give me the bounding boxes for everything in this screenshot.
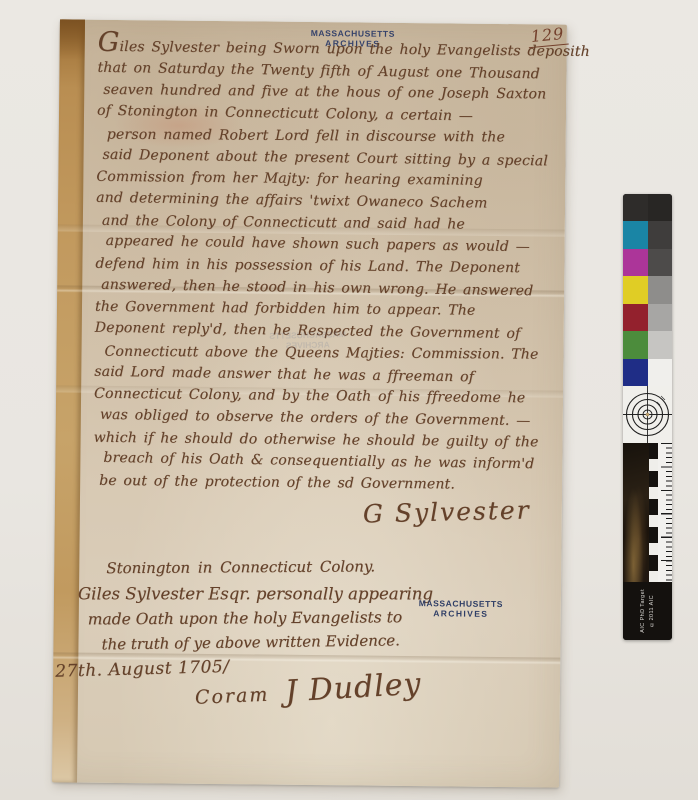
color-patch — [623, 276, 648, 303]
ruler-ticks — [658, 443, 672, 582]
target-copyright-text: ©2011 AIC — [649, 595, 656, 627]
bullseye-icon — [623, 386, 672, 443]
color-patch — [648, 304, 673, 331]
target-label-block: AIC PhD Target ©2011 AIC — [623, 582, 672, 640]
color-patch — [648, 359, 673, 386]
color-patch — [623, 221, 648, 248]
aic-phd-target: AIC PhD Target ©2011 AIC — [623, 194, 672, 640]
archives-stamp-bottom: MASSACHUSETTS ARCHIVES — [406, 598, 516, 619]
color-patch — [623, 249, 648, 276]
deposition-text: Giles Sylvester being Sworn upon the hol… — [93, 32, 564, 498]
photo-background: 129 MASSACHUSETTS ARCHIVES Giles Sylvest… — [0, 0, 698, 800]
signature-g-sylvester: G Sylvester — [363, 495, 531, 528]
scale-section — [623, 443, 672, 582]
stamp-showthrough: MASSACHUSETTS ARCHIVES — [252, 329, 362, 352]
stamp-line: MASSACHUSETTS — [406, 598, 516, 609]
signature-j-dudley: J Dudley — [284, 666, 422, 709]
attestation-line: made Oath upon the holy Evangelists to — [88, 608, 403, 628]
color-patch — [623, 359, 648, 386]
attestation-line: Stonington in Connecticut Colony. — [106, 557, 375, 577]
checker-column — [649, 443, 658, 582]
color-patch — [648, 249, 673, 276]
color-patch — [648, 194, 673, 221]
date-line: 27th. August 1705/ — [55, 657, 230, 682]
manuscript-page: 129 MASSACHUSETTS ARCHIVES Giles Sylvest… — [52, 19, 567, 787]
resolution-target — [623, 386, 672, 443]
color-patch — [623, 304, 648, 331]
color-patch — [648, 331, 673, 358]
color-patch — [648, 221, 673, 248]
color-patches — [623, 194, 672, 386]
color-patch — [648, 276, 673, 303]
color-patch — [623, 194, 648, 221]
gloss-strip — [623, 443, 649, 582]
coram-label: Coram — [195, 684, 270, 709]
attestation-line: Giles Sylvester Esqr. personally appeari… — [78, 584, 433, 603]
attestation-line: the truth of ye above written Evidence. — [101, 631, 400, 653]
stamp-line: ARCHIVES — [406, 608, 516, 619]
target-label-text: AIC PhD Target — [640, 589, 647, 633]
color-patch — [623, 331, 648, 358]
